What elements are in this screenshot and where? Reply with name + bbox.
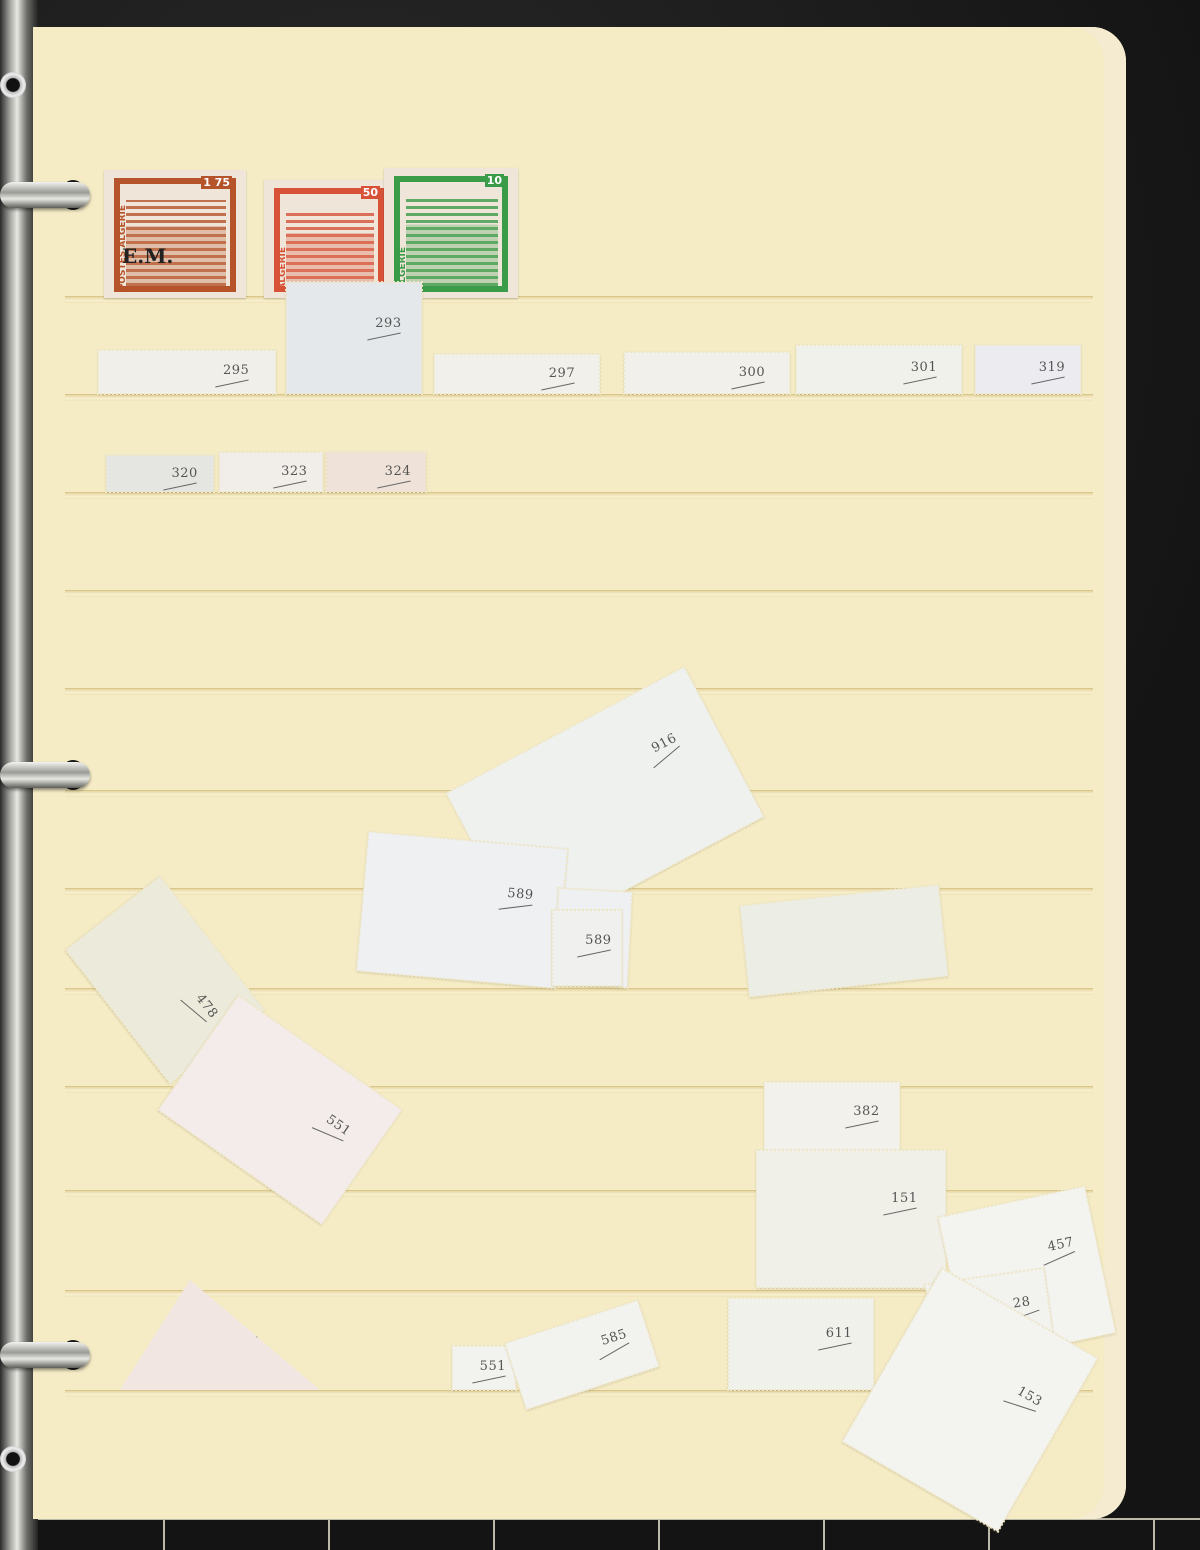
binder-ring-icon[interactable] [0, 1342, 90, 1368]
stamp-back[interactable]: 323 [219, 452, 323, 492]
catalog-number: 324 [385, 464, 411, 479]
stamp-back[interactable]: 297 [434, 354, 600, 394]
stock-strip [65, 590, 1093, 597]
stamp-scene [126, 200, 226, 286]
catalog-number: 382 [853, 1104, 879, 1119]
stamp-algerie-50-red[interactable]: 50 ALGERIE [264, 180, 394, 298]
binder-rivet-icon [0, 72, 26, 98]
stamp-algerie-175-orange[interactable]: 1 75 POSTES ALGERIE E.M. [104, 170, 246, 298]
stamp-back[interactable]: 551 [452, 1346, 516, 1390]
catalog-number: 457 [1046, 1235, 1075, 1255]
stamp-scene [286, 210, 374, 286]
catalog-number: 301 [911, 360, 937, 375]
binder-ring-icon[interactable] [0, 762, 90, 788]
catalog-number: 153 [1014, 1384, 1044, 1410]
catalog-number: 297 [549, 366, 575, 381]
stamp-back[interactable]: 300 [624, 352, 790, 394]
stamp-back[interactable]: 382 [764, 1082, 900, 1154]
binder-ring-icon[interactable] [0, 182, 90, 208]
stamp-scene [406, 198, 498, 286]
catalog-number: 611 [826, 1326, 852, 1341]
stamp-back[interactable]: 319 [975, 345, 1081, 394]
stamp-overprint: E.M. [122, 244, 173, 268]
stock-strip [65, 394, 1093, 401]
catalog-number: 151 [891, 1191, 917, 1206]
stamp-back[interactable]: 301 [796, 345, 962, 394]
catalog-number: 589 [585, 933, 611, 948]
catalog-number: 320 [171, 466, 197, 481]
stamp-back[interactable]: 589 [552, 910, 622, 986]
catalog-number: 300 [739, 365, 765, 380]
stamp-back[interactable]: 295 [98, 350, 276, 394]
stock-strip [65, 688, 1093, 695]
stamp-back[interactable]: 293 [286, 282, 422, 394]
catalog-number: 916 [649, 731, 679, 757]
catalog-number: 323 [281, 464, 307, 479]
cutting-mat-grid [0, 1518, 1200, 1550]
stamp-value: 50 [361, 186, 380, 199]
stamp-value: 1 75 [201, 176, 232, 189]
stamp-back[interactable]: 324 [326, 452, 426, 492]
stamp-value: 10 [485, 174, 504, 187]
catalog-number: 478 [193, 991, 221, 1021]
stamp-back[interactable]: 589 [356, 832, 567, 989]
stamp-back[interactable]: 151 [756, 1150, 946, 1288]
catalog-number: 551 [480, 1359, 506, 1374]
catalog-number: 295 [223, 363, 249, 378]
stamp-algerie-10-green[interactable]: 10 ALGERIE [384, 168, 518, 298]
stamp-back[interactable]: 320 [106, 455, 214, 492]
catalog-number: 585 [599, 1327, 629, 1349]
catalog-number: 551 [323, 1112, 353, 1139]
binder-rivet-icon [0, 1446, 26, 1472]
catalog-number: 589 [507, 886, 535, 903]
stock-strip [65, 492, 1093, 499]
stamp-back[interactable]: 611 [728, 1298, 874, 1390]
catalog-number: 28 [1012, 1294, 1031, 1311]
catalog-number: 293 [375, 316, 401, 331]
catalog-number: 319 [1039, 360, 1065, 375]
